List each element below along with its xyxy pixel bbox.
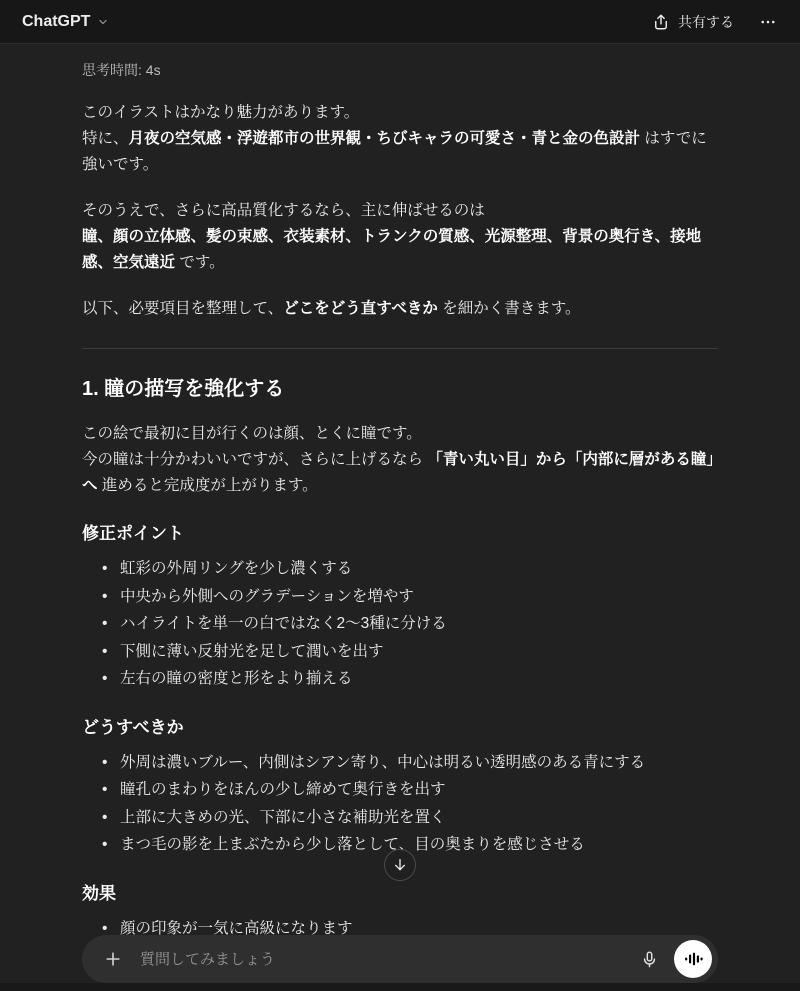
list-item: 瞳孔のまわりをほんの少し締めて奥行きを出す <box>100 776 718 804</box>
conversation-area: 思考時間: 4s このイラストはかなり魅力があります。 特に、月夜の空気感・浮遊… <box>82 44 718 982</box>
share-button[interactable]: 共有する <box>642 6 744 38</box>
text-run: この絵で最初に目が行くのは顔、とくに瞳です。 今の瞳は十分かわいいですが、さらに… <box>82 425 427 468</box>
paragraph: 以下、必要項目を整理して、どこをどう直すべきか を細かく書きます。 <box>82 296 718 322</box>
list-item: ハイライトを単一の白ではなく2〜3種に分ける <box>100 610 718 638</box>
window-bottom-edge <box>0 983 800 991</box>
section-divider <box>82 348 718 349</box>
plus-icon <box>103 949 123 969</box>
ellipsis-icon <box>759 13 777 31</box>
model-picker-button[interactable]: ChatGPT <box>16 9 115 35</box>
microphone-icon <box>640 950 659 969</box>
arrow-down-icon <box>392 857 408 873</box>
message-composer <box>82 935 718 983</box>
chat-input[interactable] <box>138 950 632 969</box>
app-title: ChatGPT <box>22 13 90 31</box>
voice-mode-button[interactable] <box>674 940 712 978</box>
list-item: 虹彩の外周リングを少し濃くする <box>100 555 718 583</box>
attach-button[interactable] <box>98 944 128 974</box>
thinking-time-toggle[interactable]: 思考時間: 4s <box>82 60 161 80</box>
bold-text: 月夜の空気感・浮遊都市の世界観・ちびキャラの可愛さ・青と金の色設計 <box>129 130 641 147</box>
text-run: です。 <box>175 254 225 271</box>
text-run: 進めると完成度が上がります。 <box>98 477 318 494</box>
bullet-list: 虹彩の外周リングを少し濃くする中央から外側へのグラデーションを増やすハイライトを… <box>82 555 718 693</box>
assistant-message: このイラストはかなり魅力があります。 特に、月夜の空気感・浮遊都市の世界観・ちび… <box>82 100 718 970</box>
top-bar: ChatGPT 共有する <box>0 0 800 44</box>
list-item: 外周は濃いブルー、内側はシアン寄り、中心は明るい透明感のある青にする <box>100 749 718 777</box>
bullet-list: 外周は濃いブルー、内側はシアン寄り、中心は明るい透明感のある青にする瞳孔のまわり… <box>82 749 718 859</box>
chevron-down-icon <box>97 16 109 28</box>
list-item: 上部に大きめの光、下部に小さな補助光を置く <box>100 804 718 832</box>
section-heading: 1. 瞳の描写を強化する <box>82 377 718 401</box>
share-label: 共有する <box>678 12 734 32</box>
dictate-button[interactable] <box>632 942 666 976</box>
text-run: を細かく書きます。 <box>438 300 581 317</box>
text-run: 以下、必要項目を整理して、 <box>82 300 283 317</box>
list-item: 下側に薄い反射光を足して潤いを出す <box>100 638 718 666</box>
subsection-heading: どうすべきか <box>82 717 718 739</box>
list-item: 左右の瞳の密度と形をより揃える <box>100 665 718 693</box>
list-item: 中央から外側へのグラデーションを増やす <box>100 583 718 611</box>
paragraph: この絵で最初に目が行くのは顔、とくに瞳です。 今の瞳は十分かわいいですが、さらに… <box>82 421 718 499</box>
subsection-heading: 効果 <box>82 883 718 905</box>
more-options-button[interactable] <box>752 6 784 38</box>
scroll-to-bottom-button[interactable] <box>384 849 416 881</box>
voice-waveform-icon <box>683 949 703 969</box>
subsection-heading: 修正ポイント <box>82 523 718 545</box>
share-icon <box>652 13 670 31</box>
text-run: そのうえで、さらに高品質化するなら、主に伸ばせるのは <box>82 202 485 219</box>
paragraph: そのうえで、さらに高品質化するなら、主に伸ばせるのは 瞳、顔の立体感、髪の束感、… <box>82 198 718 276</box>
bold-text: どこをどう直すべきか <box>283 300 438 317</box>
header-actions: 共有する <box>642 6 784 38</box>
paragraph: このイラストはかなり魅力があります。 特に、月夜の空気感・浮遊都市の世界観・ちび… <box>82 100 718 178</box>
